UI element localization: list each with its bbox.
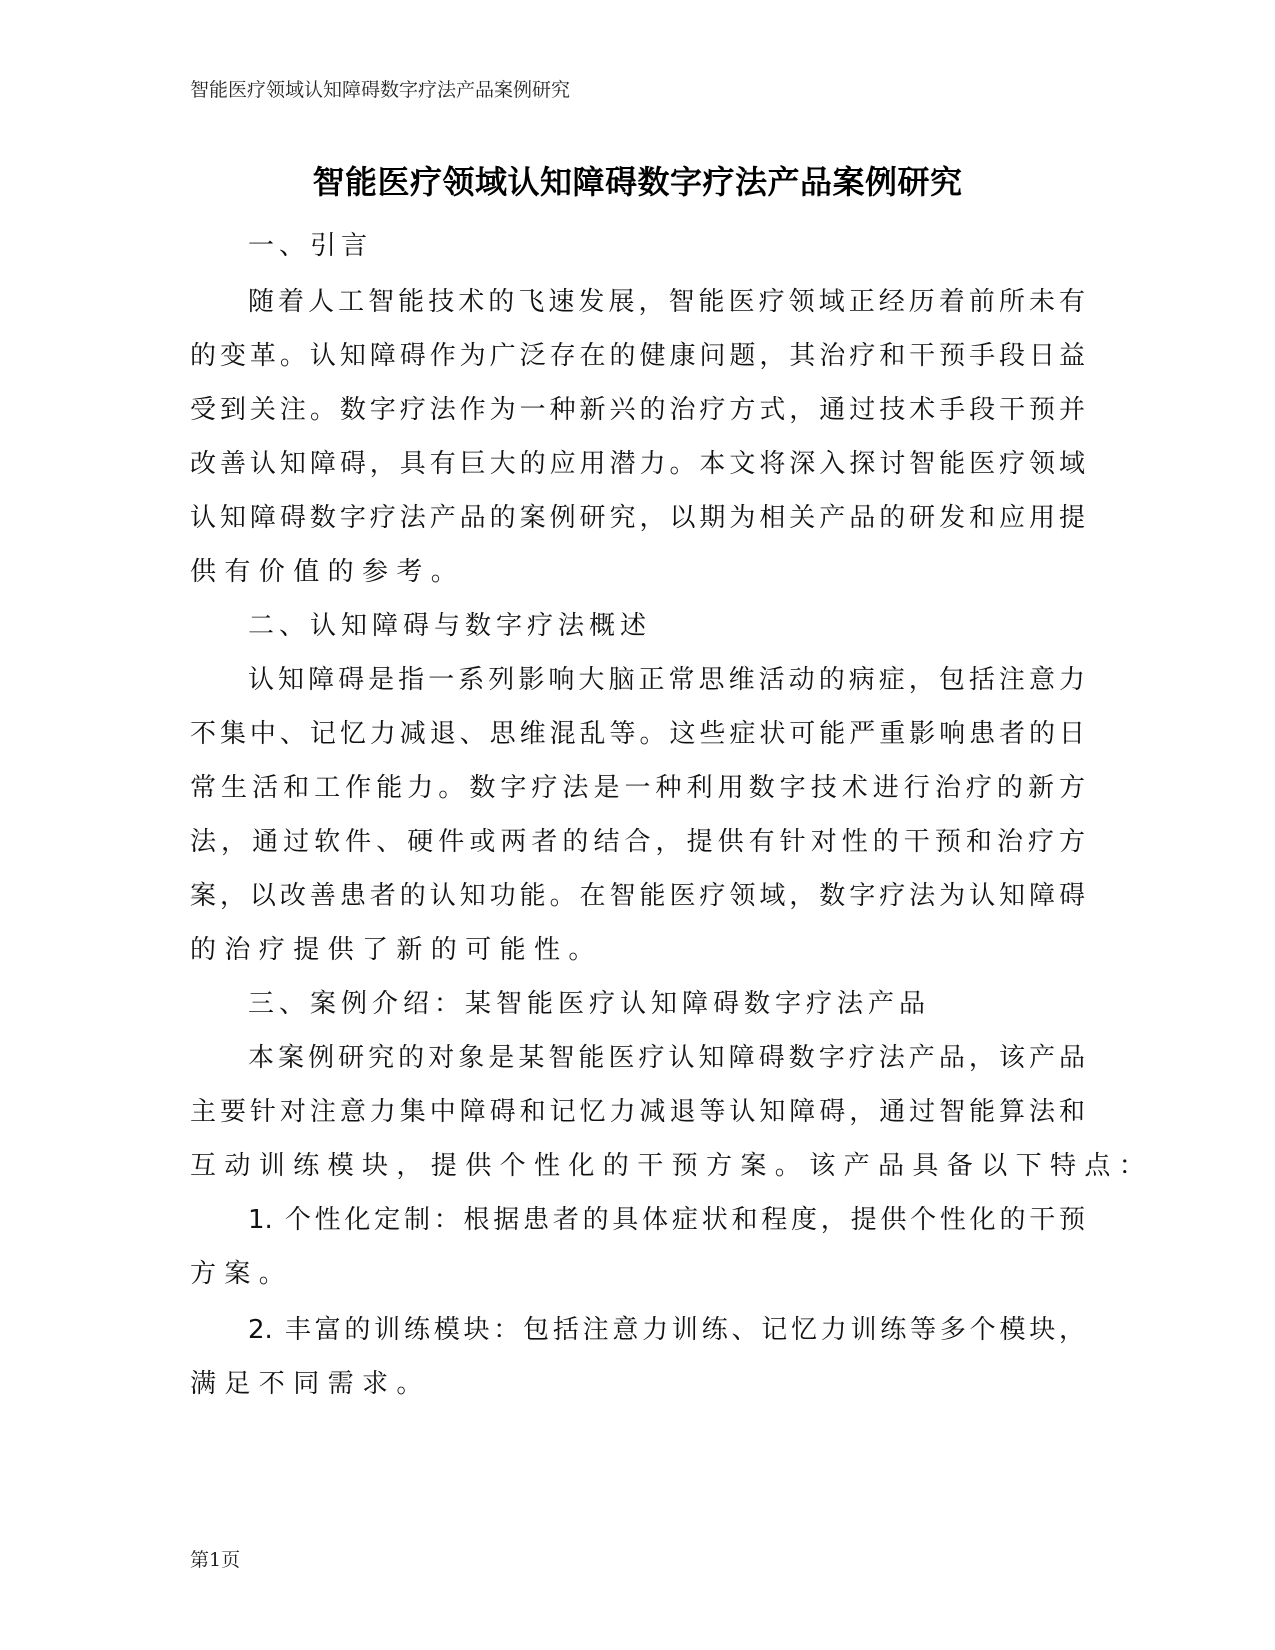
paragraph-line: 主要针对注意力集中障碍和记忆力减退等认知障碍，通过智能算法和 [190, 1094, 1085, 1130]
paragraph-line: 随着人工智能技术的飞速发展，智能医疗领域正经历着前所未有 [248, 284, 1085, 320]
paragraph-line: 受到关注。数字疗法作为一种新兴的治疗方式，通过技术手段干预并 [190, 392, 1085, 428]
paragraph-line: 本案例研究的对象是某智能医疗认知障碍数字疗法产品，该产品 [248, 1040, 1085, 1076]
document-title: 智能医疗领域认知障碍数字疗法产品案例研究 [0, 157, 1275, 203]
list-item-personalization: 1. 个性化定制：根据患者的具体症状和程度，提供个性化的干预 [248, 1202, 1085, 1238]
running-header: 智能医疗领域认知障碍数字疗法产品案例研究 [190, 75, 570, 102]
paragraph-line: 的治疗提供了新的可能性。 [190, 932, 1085, 968]
paragraph-line: 认知障碍是指一系列影响大脑正常思维活动的病症，包括注意力 [248, 662, 1085, 698]
paragraph-line: 的变革。认知障碍作为广泛存在的健康问题，其治疗和干预手段日益 [190, 338, 1085, 374]
document-page: 智能医疗领域认知障碍数字疗法产品案例研究 智能医疗领域认知障碍数字疗法产品案例研… [0, 0, 1275, 1650]
paragraph-line: 认知障碍数字疗法产品的案例研究，以期为相关产品的研发和应用提 [190, 500, 1085, 536]
list-item-training-modules: 2. 丰富的训练模块：包括注意力训练、记忆力训练等多个模块， [248, 1312, 1085, 1348]
paragraph-line: 互动训练模块，提供个性化的干预方案。该产品具备以下特点： [190, 1148, 1085, 1184]
paragraph-line: 改善认知障碍，具有巨大的应用潜力。本文将深入探讨智能医疗领域 [190, 446, 1085, 482]
paragraph-line: 案，以改善患者的认知功能。在智能医疗领域，数字疗法为认知障碍 [190, 878, 1085, 914]
section-heading-case-intro: 三、案例介绍：某智能医疗认知障碍数字疗法产品 [248, 986, 1085, 1022]
section-heading-overview: 二、认知障碍与数字疗法概述 [248, 608, 1085, 644]
list-item-continuation: 满足不同需求。 [190, 1366, 1085, 1402]
list-item-continuation: 方案。 [190, 1256, 1085, 1292]
page-number: 第1页 [190, 1545, 240, 1572]
paragraph-line: 常生活和工作能力。数字疗法是一种利用数字技术进行治疗的新方 [190, 770, 1085, 806]
paragraph-line: 不集中、记忆力减退、思维混乱等。这些症状可能严重影响患者的日 [190, 716, 1085, 752]
section-heading-introduction: 一、引言 [248, 228, 1085, 264]
paragraph-line: 供有价值的参考。 [190, 554, 1085, 590]
paragraph-line: 法，通过软件、硬件或两者的结合，提供有针对性的干预和治疗方 [190, 824, 1085, 860]
